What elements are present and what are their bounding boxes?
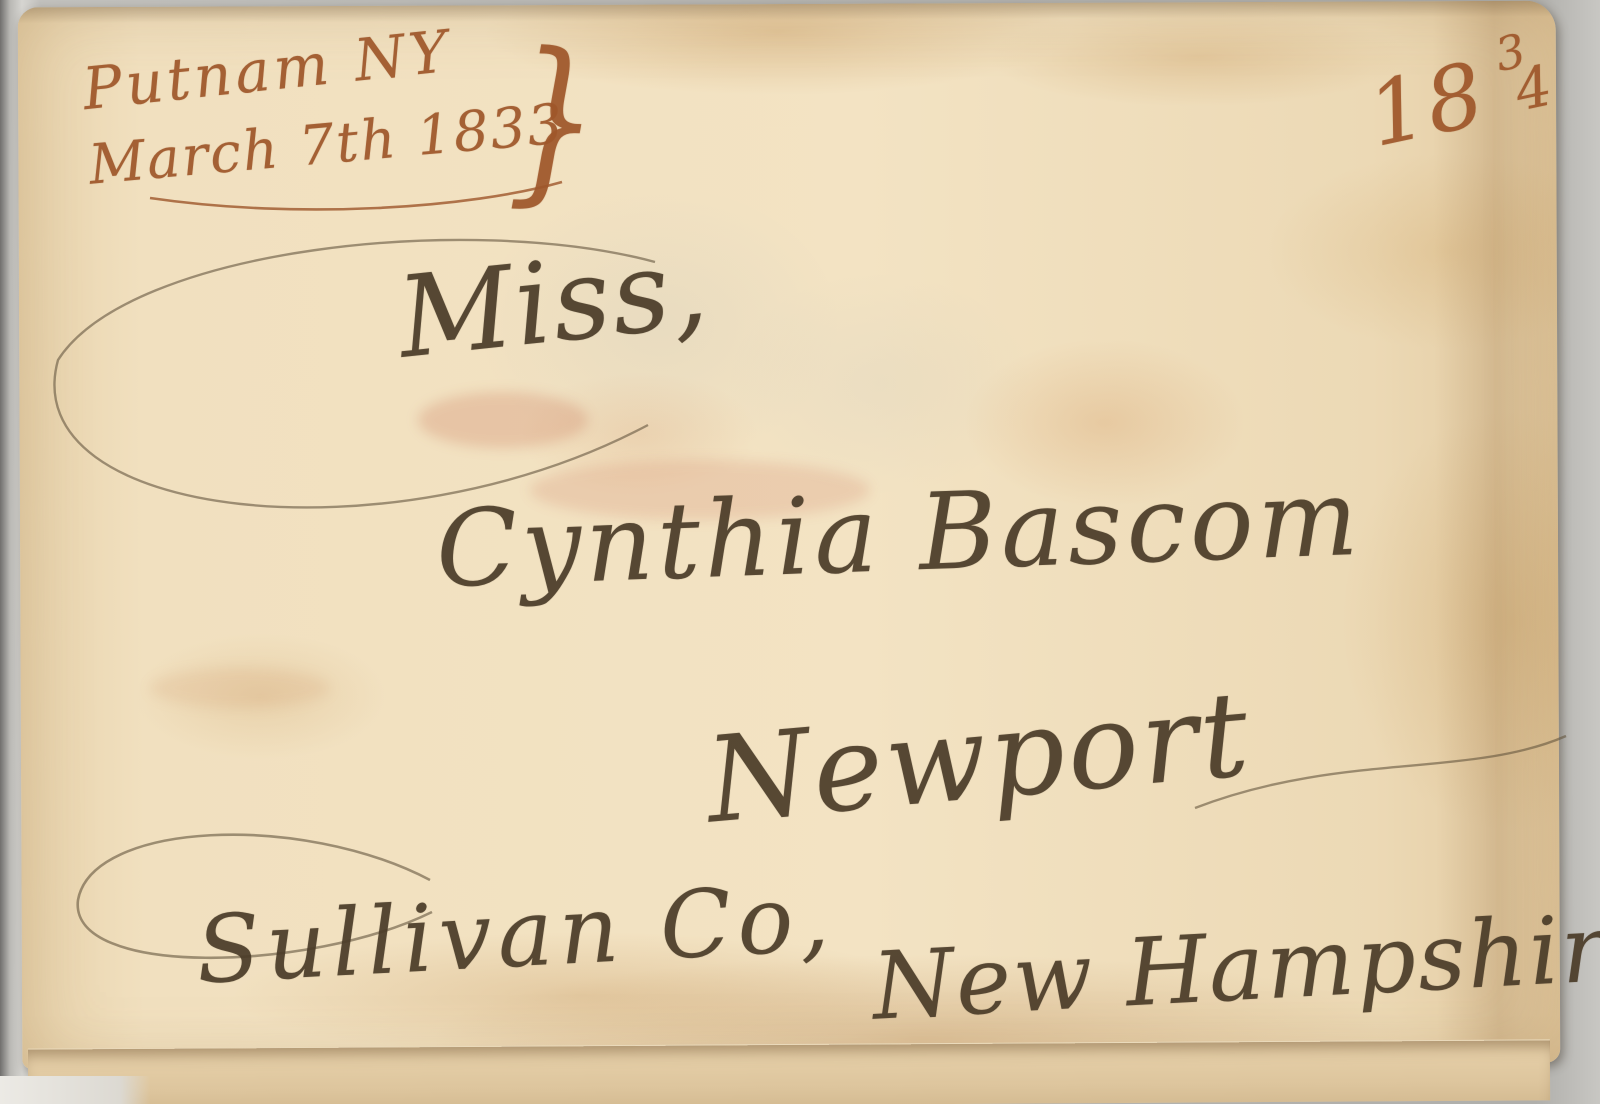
scanned-letter-photo: Putnam NY March 7th 1833 } 1834 Miss, Cy… — [0, 0, 1600, 1104]
postmark-brace: } — [506, 14, 601, 226]
